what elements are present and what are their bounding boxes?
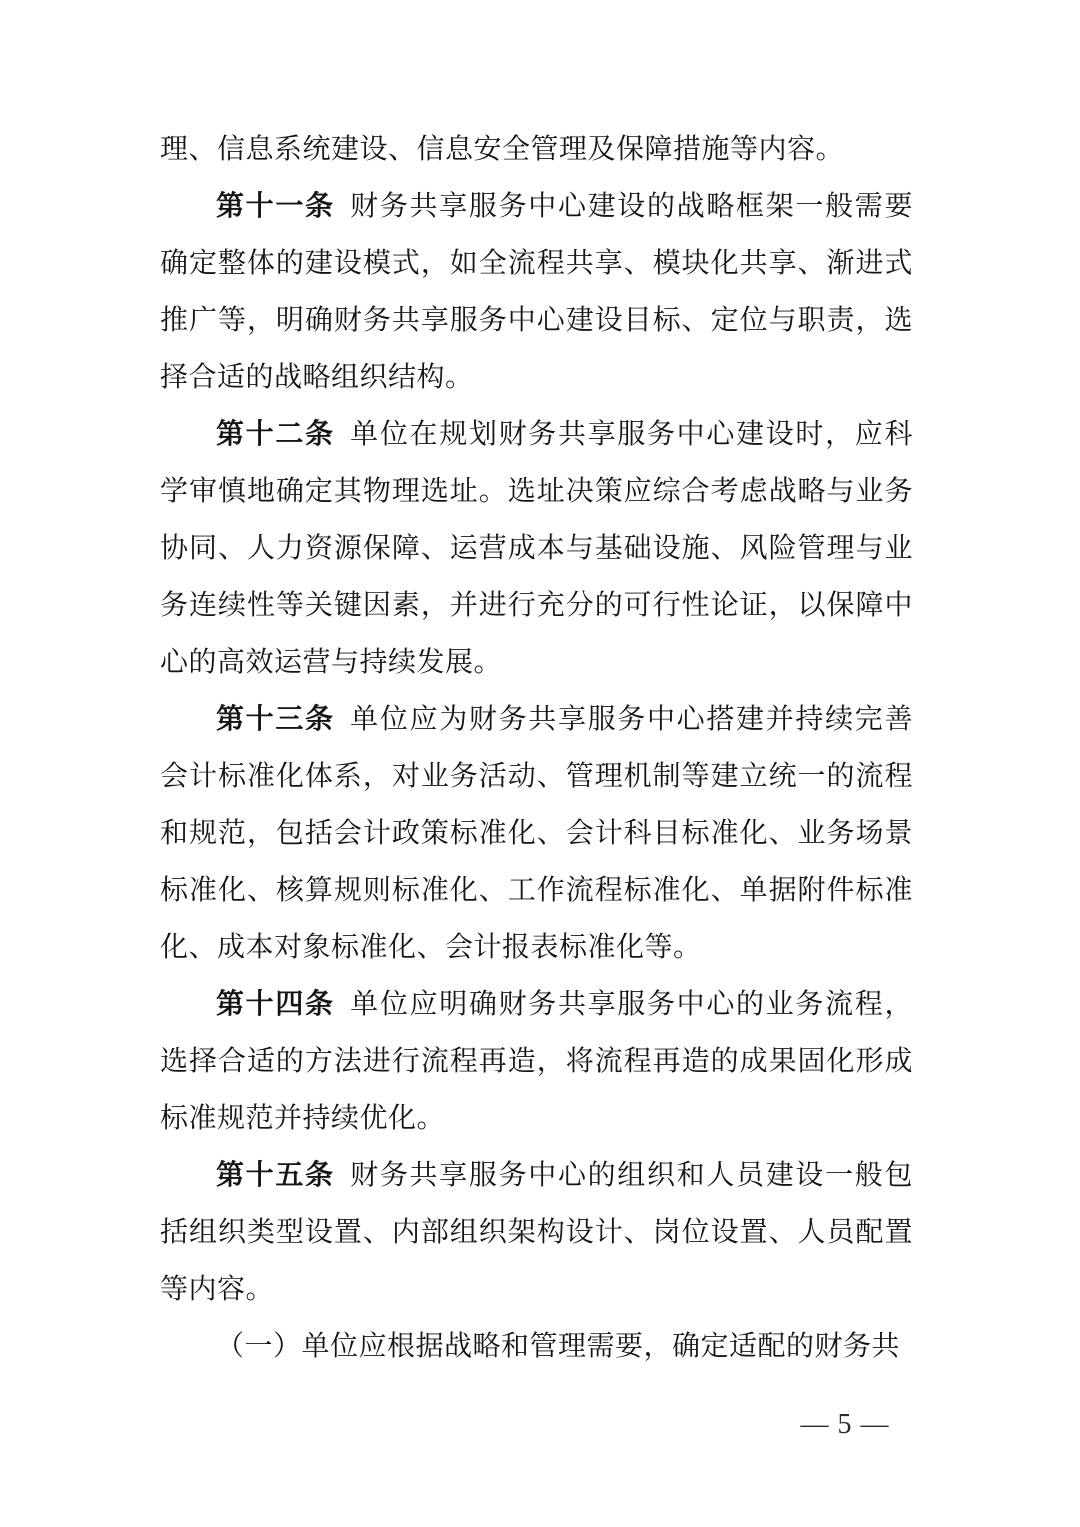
article-number: 第十二条 — [216, 419, 335, 450]
page-number: — 5 — — [790, 1405, 900, 1445]
paragraph-article-14: 第十四条单位应明确财务共享服务中心的业务流程，选择合适的方法进行流程再造，将流程… — [160, 976, 913, 1147]
article-text: 单位在规划财务共享服务中心建设时，应科学审慎地确定其物理选址。选址决策应综合考虑… — [160, 419, 913, 678]
paragraph-article-12: 第十二条单位在规划财务共享服务中心建设时，应科学审慎地确定其物理选址。选址决策应… — [160, 406, 913, 691]
paragraph-continuation: 理、信息系统建设、信息安全管理及保障措施等内容。 — [160, 121, 913, 178]
article-number: 第十一条 — [216, 191, 335, 222]
document-page: 理、信息系统建设、信息安全管理及保障措施等内容。 第十一条财务共享服务中心建设的… — [0, 0, 1080, 1527]
paragraph-clause-1: （一）单位应根据战略和管理需要，确定适配的财务共 — [160, 1318, 913, 1375]
article-number: 第十四条 — [216, 989, 335, 1020]
document-body: 理、信息系统建设、信息安全管理及保障措施等内容。 第十一条财务共享服务中心建设的… — [160, 121, 913, 1375]
paragraph-article-11: 第十一条财务共享服务中心建设的战略框架一般需要确定整体的建设模式，如全流程共享、… — [160, 178, 913, 406]
article-number: 第十三条 — [216, 704, 335, 735]
paragraph-article-13: 第十三条单位应为财务共享服务中心搭建并持续完善会计标准化体系，对业务活动、管理机… — [160, 691, 913, 976]
article-number: 第十五条 — [216, 1160, 335, 1191]
paragraph-article-15: 第十五条财务共享服务中心的组织和人员建设一般包括组织类型设置、内部组织架构设计、… — [160, 1147, 913, 1318]
article-text: 单位应为财务共享服务中心搭建并持续完善会计标准化体系，对业务活动、管理机制等建立… — [160, 704, 913, 963]
